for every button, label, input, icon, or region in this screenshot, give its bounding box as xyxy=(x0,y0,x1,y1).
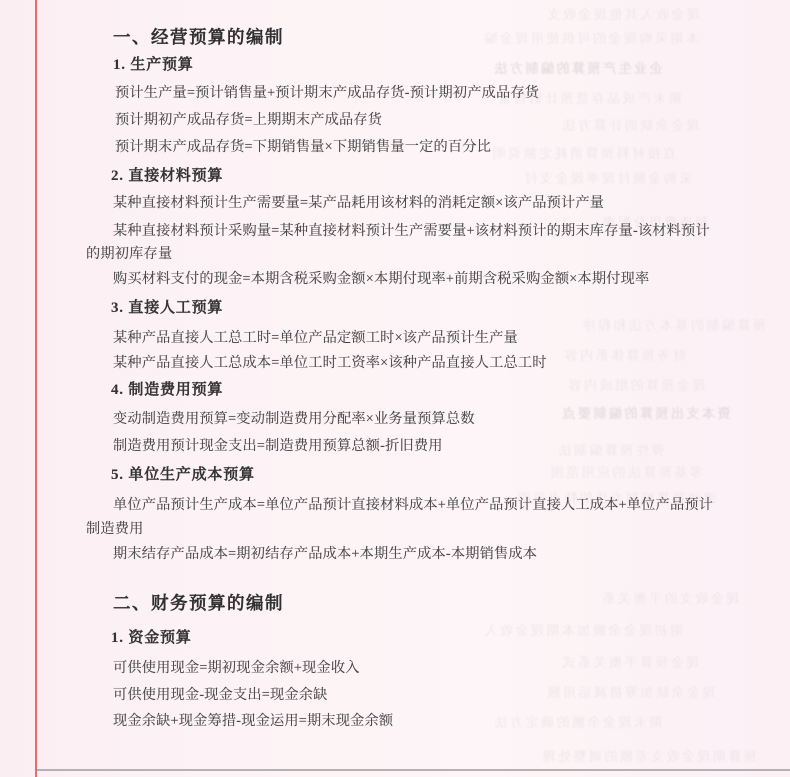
bleedthrough-text: 预算编制的基本方法和程序 xyxy=(580,315,766,334)
formula-line-continuation: 制造费用 xyxy=(86,518,144,538)
bleedthrough-text: 采购金额付现率现金支付 xyxy=(522,168,693,187)
formula-line: 某种产品直接人工总工时=单位产品定额工时×该产品预计生产量 xyxy=(113,327,518,347)
scanned-document-page: 现金收入其他现金收支本期采购现金的可供使用现金编企业生产预算的编制方法期末产成品… xyxy=(0,0,790,777)
bleedthrough-text: 期初现金余额加本期现金收入 xyxy=(482,620,684,639)
subsection-heading: 1. 生产预算 xyxy=(113,53,194,74)
formula-line: 期末结存产品成本=期初结存产品成本+本期生产成本-本期销售成本 xyxy=(113,543,537,563)
formula-line: 预计期初产成品存货=上期期末产成品存货 xyxy=(115,109,382,129)
formula-line: 现金余缺+现金筹措-现金运用=期末现金余额 xyxy=(113,710,393,730)
formula-line: 可供使用现金=期初现金余额+现金收入 xyxy=(113,657,360,677)
section-heading: 一、经营预算的编制 xyxy=(113,24,284,49)
formula-line: 某种产品直接人工总成本=单位工时工资率×该种产品直接人工总工时 xyxy=(113,352,547,372)
bleedthrough-text: 零基预算法的应用范围 xyxy=(548,462,703,481)
subsection-heading: 2. 直接材料预算 xyxy=(111,164,223,185)
bleedthrough-text: 现金余缺的计算方法 xyxy=(560,115,700,134)
bleedthrough-text: 资本支出预算的编制要点 xyxy=(560,403,731,422)
section-heading: 二、财务预算的编制 xyxy=(113,590,284,615)
formula-line: 预计期末产成品存货=下期销售量×下期销售量一定的百分比 xyxy=(115,136,491,156)
bleedthrough-text: 本期采购现金的可供使用现金编 xyxy=(482,28,699,47)
formula-line: 可供使用现金-现金支出=现金余缺 xyxy=(113,684,328,704)
formula-line: 变动制造费用预算=变动制造费用分配率×业务量预算总数 xyxy=(113,408,475,428)
formula-line: 某种直接材料预计采购量=某种直接材料预计生产需要量+该材料预计的期末库存量-该材… xyxy=(113,220,710,240)
bleedthrough-text: 预算期现金收支差额的调整处理 xyxy=(540,746,757,765)
red-margin-rule-line xyxy=(35,0,37,777)
formula-line: 制造费用预计现金支出=制造费用预算总额-折旧费用 xyxy=(113,435,443,455)
subsection-heading: 3. 直接人工预算 xyxy=(111,296,223,317)
bleedthrough-text: 直接材料预算消耗定额说明 xyxy=(490,143,676,162)
bleedthrough-text: 现金收入其他现金收支 xyxy=(545,4,700,23)
subsection-heading: 1. 资金预算 xyxy=(111,626,192,647)
bleedthrough-text: 现金预算的组成内容 xyxy=(566,375,706,394)
bleedthrough-text: 企业生产预算的编制方法 xyxy=(492,58,663,77)
subsection-heading: 5. 单位生产成本预算 xyxy=(111,463,255,484)
formula-line: 预计生产量=预计销售量+预计期末产成品存货-预计期初产成品存货 xyxy=(115,82,539,102)
page-bottom-edge-line xyxy=(35,769,790,771)
formula-line: 单位产品预计生产成本=单位产品预计直接材料成本+单位产品预计直接人工成本+单位产… xyxy=(113,494,713,514)
formula-line-continuation: 的期初库存量 xyxy=(86,243,172,263)
bleedthrough-text: 现金余缺加筹措减运用额 xyxy=(545,682,716,701)
bleedthrough-text: 现金预算平衡关系式 xyxy=(560,652,700,671)
bleedthrough-text: 财务预算体系内容 xyxy=(562,345,686,364)
subsection-heading: 4. 制造费用预算 xyxy=(111,378,223,399)
formula-line: 某种直接材料预计生产需要量=某产品耗用该材料的消耗定额×该产品预计产量 xyxy=(113,192,604,212)
bleedthrough-text: 期末现金余额的确定方法 xyxy=(492,712,663,731)
formula-line: 购买材料支付的现金=本期含税采购金额×本期付现率+前期含税采购金额×本期付现率 xyxy=(113,268,649,288)
bleedthrough-text: 弹性预算编制法 xyxy=(556,440,665,459)
bleedthrough-text: 现金收支的平衡关系 xyxy=(600,588,740,607)
